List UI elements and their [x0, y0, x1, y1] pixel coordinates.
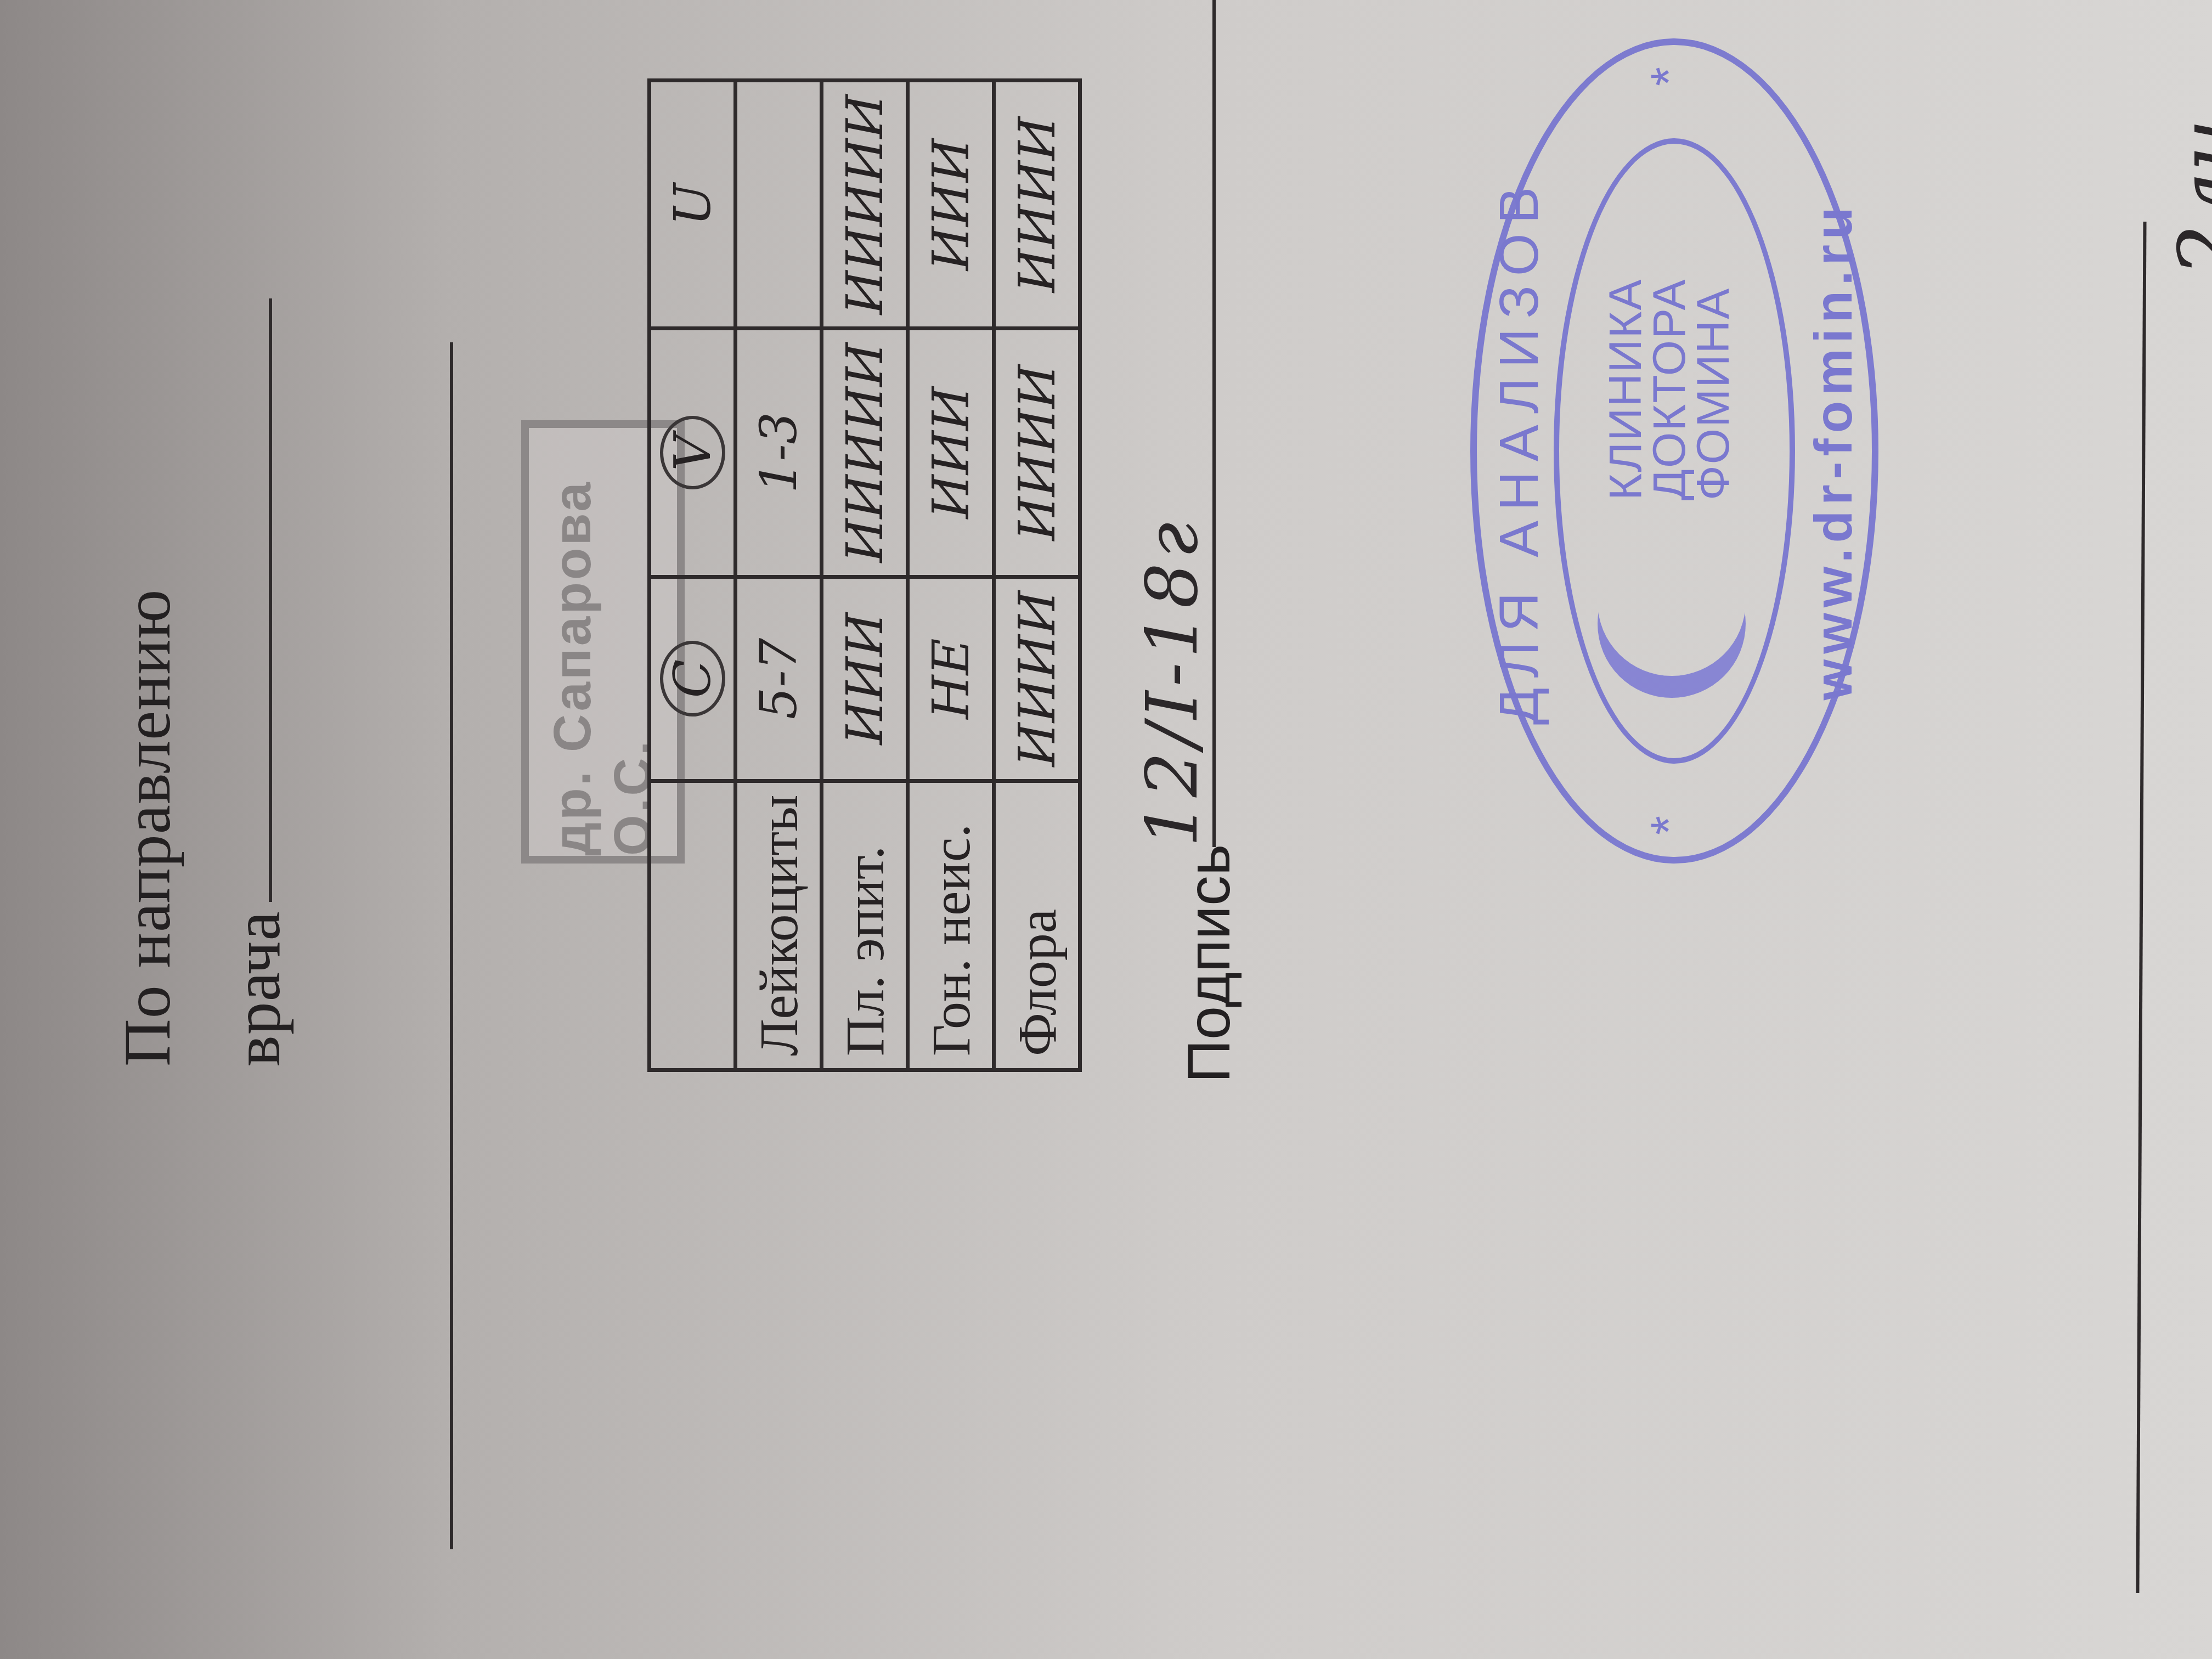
row-label: Гон. неис. — [908, 781, 994, 1070]
col-u-label: U — [663, 183, 722, 226]
stamp-website: www.dr-fomin.ru — [1804, 45, 1864, 857]
blank-line — [450, 342, 453, 1549]
cell-value: ИИИИ — [994, 329, 1080, 577]
cell-value: НЕ — [908, 577, 994, 781]
table-header-row: C V U — [650, 81, 736, 1070]
col-v-header: V — [650, 329, 736, 577]
col-c-label: C — [660, 641, 725, 716]
col-c-header: C — [650, 577, 736, 781]
col-v-label: V — [660, 416, 725, 489]
cell-value: ИИИИИ — [822, 329, 908, 577]
cell-value: ИИИ — [822, 577, 908, 781]
table-row: Флора ИИИИ ИИИИ ИИИИ — [994, 81, 1080, 1070]
cell-value: ИИИ — [908, 329, 994, 577]
clinic-name-line: КЛИНИКА — [1603, 279, 1647, 500]
cell-value: ИИИ — [908, 81, 994, 329]
signature-label: Подпись — [1174, 844, 1244, 1083]
table-row: Лейкоциты 5-7 1-3 — [736, 81, 822, 1070]
doctor-field-line — [269, 298, 272, 902]
cell-value: ИИИИ — [994, 577, 1080, 781]
cell-value — [736, 81, 822, 329]
results-table: C V U Лейкоциты 5-7 1-3 Пл. эпит. ИИИ ИИ… — [647, 78, 1082, 1072]
clinic-name-line: ФОМИНА — [1691, 279, 1735, 500]
table-row: Пл. эпит. ИИИ ИИИИИ ИИИИИ — [822, 81, 908, 1070]
cell-value: 5-7 — [736, 577, 822, 781]
stamp-top-text: ДЛЯ АНАЛИЗОВ — [1488, 45, 1551, 857]
table-row: Гон. неис. НЕ ИИИ ИИИ — [908, 81, 994, 1070]
row-label: Лейкоциты — [736, 781, 822, 1070]
cell-value: ИИИИ — [994, 81, 1080, 329]
stamp-clinic-name: КЛИНИКА ДОКТОРА ФОМИНА — [1603, 279, 1735, 500]
cell-value: 1-3 — [736, 329, 822, 577]
clinic-stamp: ДЛЯ АНАЛИЗОВ КЛИНИКА ДОКТОРА ФОМИНА * * … — [1470, 38, 1878, 864]
star-icon: * — [1641, 67, 1698, 86]
handwritten-header: 2ли — [2162, 119, 2212, 276]
doctor-label: врача — [219, 911, 295, 1066]
signature-handwriting: 12/I-18г — [1130, 518, 1214, 847]
header-blank-cell — [650, 781, 736, 1070]
cell-value: ИИИИИ — [822, 81, 908, 329]
row-label: Пл. эпит. — [822, 781, 908, 1070]
star-icon: * — [1641, 816, 1698, 835]
row-label: Флора — [994, 781, 1080, 1070]
lab-form-sheet: 2ли По направлению врача др. Сапарова О.… — [0, 0, 2212, 1659]
moon-logo-icon — [1598, 528, 1746, 676]
clinic-name-line: ДОКТОРА — [1647, 279, 1691, 500]
referral-label: По направлению — [110, 589, 185, 1066]
col-u-header: U — [650, 81, 736, 329]
top-rule — [2136, 222, 2146, 1593]
